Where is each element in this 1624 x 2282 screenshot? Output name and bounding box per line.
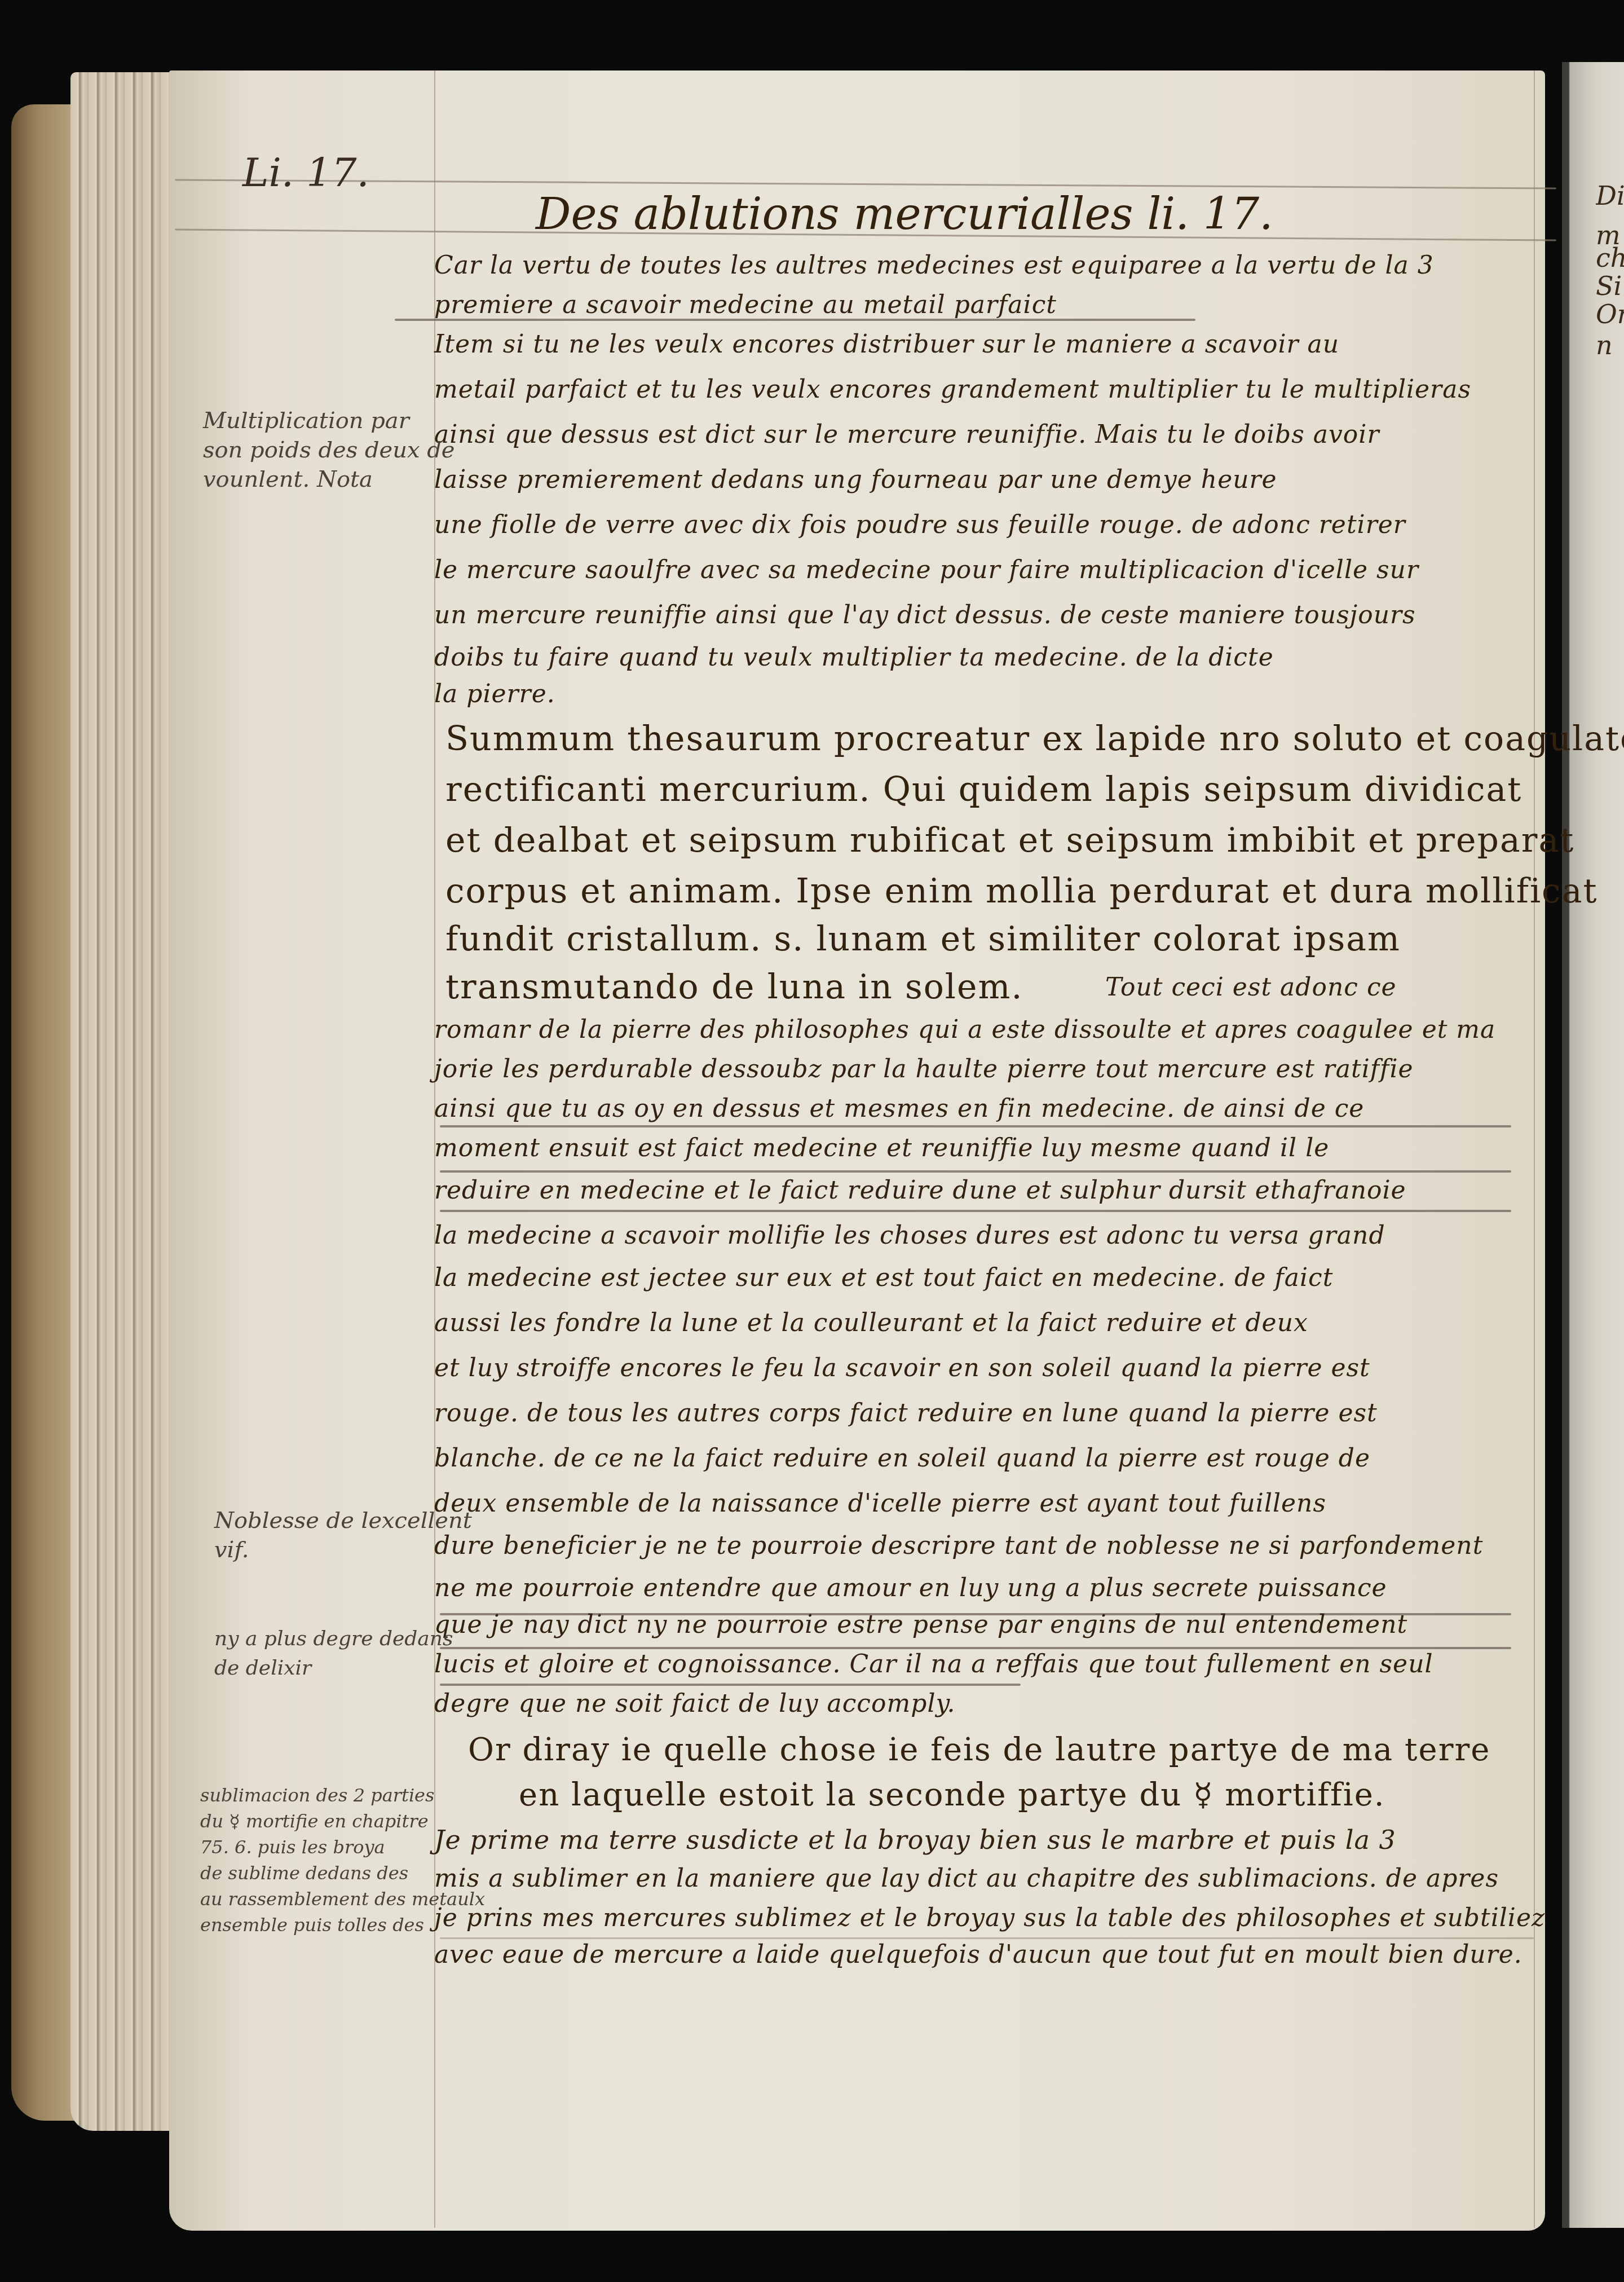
separator-stroke (440, 1170, 1511, 1173)
margin-note-line: de sublime dedans des (200, 1860, 485, 1886)
facing-page-edge (1562, 62, 1624, 2228)
text-line: romanr de la pierre des philosophes qui … (434, 1015, 1495, 1044)
text-line: une fiolle de verre avec dix fois poudre… (434, 510, 1406, 539)
text-line: dure beneficier je ne te pourroie descri… (434, 1531, 1483, 1560)
text-line: Car la vertu de toutes les aultres medec… (434, 251, 1434, 280)
separator-stroke (440, 1647, 1511, 1649)
margin-note-line: vounlent. Nota (203, 465, 455, 494)
text-line: Je prime ma terre susdicte et la broyay … (434, 1825, 1396, 1855)
text-line: deux ensemble de la naissance d'icelle p… (434, 1489, 1326, 1518)
page-stack-edges (70, 72, 183, 2131)
section-heading-line: Or diray ie quelle chose ie feis de laut… (468, 1732, 1490, 1768)
text-line: premiere a scavoir medecine au metail pa… (434, 290, 1057, 319)
margin-note-line: ensemble puis tolles des (200, 1912, 485, 1938)
margin-note-line: au rassemblement des metaulx (200, 1886, 485, 1912)
bottom-rule (440, 1937, 1534, 1939)
latin-line: rectificanti mercurium. Qui quidem lapis… (445, 770, 1522, 809)
margin-note-line: du ☿ mortifie en chapitre (200, 1808, 485, 1834)
text-line: laisse premierement dedans ung fourneau … (434, 465, 1277, 494)
margin-note-sublimacion: sublimacion des 2 parties du ☿ mortifie … (200, 1782, 485, 1938)
facing-page-fragment: Di (1596, 180, 1624, 211)
text-line: que je nay dict ny ne pourroie estre pen… (434, 1610, 1407, 1639)
separator-stroke (440, 1210, 1511, 1212)
latin-line: fundit cristallum. s. lunam et similiter… (445, 919, 1401, 959)
separator-stroke (440, 1125, 1511, 1127)
text-line: Item si tu ne les veulx encores distribu… (434, 330, 1339, 359)
text-line: la medecine a scavoir mollifie les chose… (434, 1221, 1385, 1250)
facing-page-fragment: ch (1596, 243, 1624, 273)
text-line: metail parfaict et tu les veulx encores … (434, 375, 1471, 404)
separator-stroke (395, 319, 1195, 321)
text-line: ainsi que dessus est dict sur le mercure… (434, 420, 1379, 449)
latin-line: corpus et animam. Ipse enim mollia perdu… (445, 871, 1598, 911)
margin-note-line: son poids des deux de (203, 435, 455, 465)
text-line: blanche. de ce ne la faict reduire en so… (434, 1444, 1370, 1473)
folio-mark: Li. 17. (242, 149, 369, 196)
text-line: rouge. de tous les autres corps faict re… (434, 1399, 1378, 1428)
book-cover-edge (11, 104, 79, 2121)
text-line: moment ensuit est faict medecine et reun… (434, 1134, 1329, 1162)
text-line: reduire en medecine et le faict reduire … (434, 1176, 1406, 1205)
text-line: je prins mes mercures sublimez et le bro… (434, 1904, 1545, 1932)
text-line: ainsi que tu as oy en dessus et mesmes e… (434, 1094, 1364, 1123)
text-line: la medecine est jectee sur eux et est to… (434, 1263, 1333, 1292)
text-line: aussi les fondre la lune et la coulleura… (434, 1309, 1308, 1337)
margin-note-line: Noblesse de lexcellent (214, 1506, 472, 1535)
text-line: degre que ne soit faict de luy accomply. (434, 1689, 955, 1718)
margin-note-line: sublimacion des 2 parties (200, 1782, 485, 1808)
page-heading: Des ablutions mercurialles li. 17. (536, 189, 1273, 240)
text-line: lucis et gloire et cognoissance. Car il … (434, 1650, 1433, 1679)
text-line: ne me pourroie entendre que amour en luy… (434, 1574, 1387, 1602)
text-line: avec eaue de mercure a laide quelquefois… (434, 1940, 1522, 1969)
separator-stroke (440, 1684, 1021, 1686)
text-line: et luy stroiffe encores le feu la scavoi… (434, 1354, 1370, 1382)
text-line: Tout ceci est adonc ce (1105, 973, 1397, 1002)
text-line: la pierre. (434, 680, 555, 708)
facing-page-fragment: Si (1596, 271, 1624, 301)
margin-note-line: de delixir (214, 1654, 453, 1683)
margin-note-noblesse: Noblesse de lexcellent vif. (214, 1506, 472, 1565)
latin-line: Summum thesaurum procreatur ex lapide nr… (445, 719, 1624, 759)
section-heading-line: en laquelle estoit la seconde partye du … (519, 1777, 1385, 1813)
text-line: doibs tu faire quand tu veulx multiplier… (434, 643, 1274, 672)
facing-page-fragment: n (1596, 330, 1624, 360)
margin-note-line: 75. 6. puis les broya (200, 1834, 485, 1860)
text-line: un mercure reuniffie ainsi que l'ay dict… (434, 601, 1416, 629)
margin-note-line: vif. (214, 1535, 472, 1565)
latin-line: et dealbat et seipsum rubificat et seips… (445, 821, 1574, 860)
text-line: mis a sublimer en la maniere que lay dic… (434, 1864, 1499, 1893)
text-line: le mercure saoulfre avec sa medecine pou… (434, 556, 1419, 584)
text-line: jorie les perdurable dessoubz par la hau… (434, 1055, 1414, 1083)
margin-note-line: Multiplication par (203, 406, 455, 435)
facing-page-fragment: On (1596, 299, 1624, 329)
margin-note-multiplication: Multiplication par son poids des deux de… (203, 406, 455, 494)
latin-line: transmutando de luna in solem. (445, 967, 1094, 1007)
margin-note-degre: ny a plus degre dedans de delixir (214, 1624, 453, 1683)
margin-note-line: ny a plus degre dedans (214, 1624, 453, 1654)
